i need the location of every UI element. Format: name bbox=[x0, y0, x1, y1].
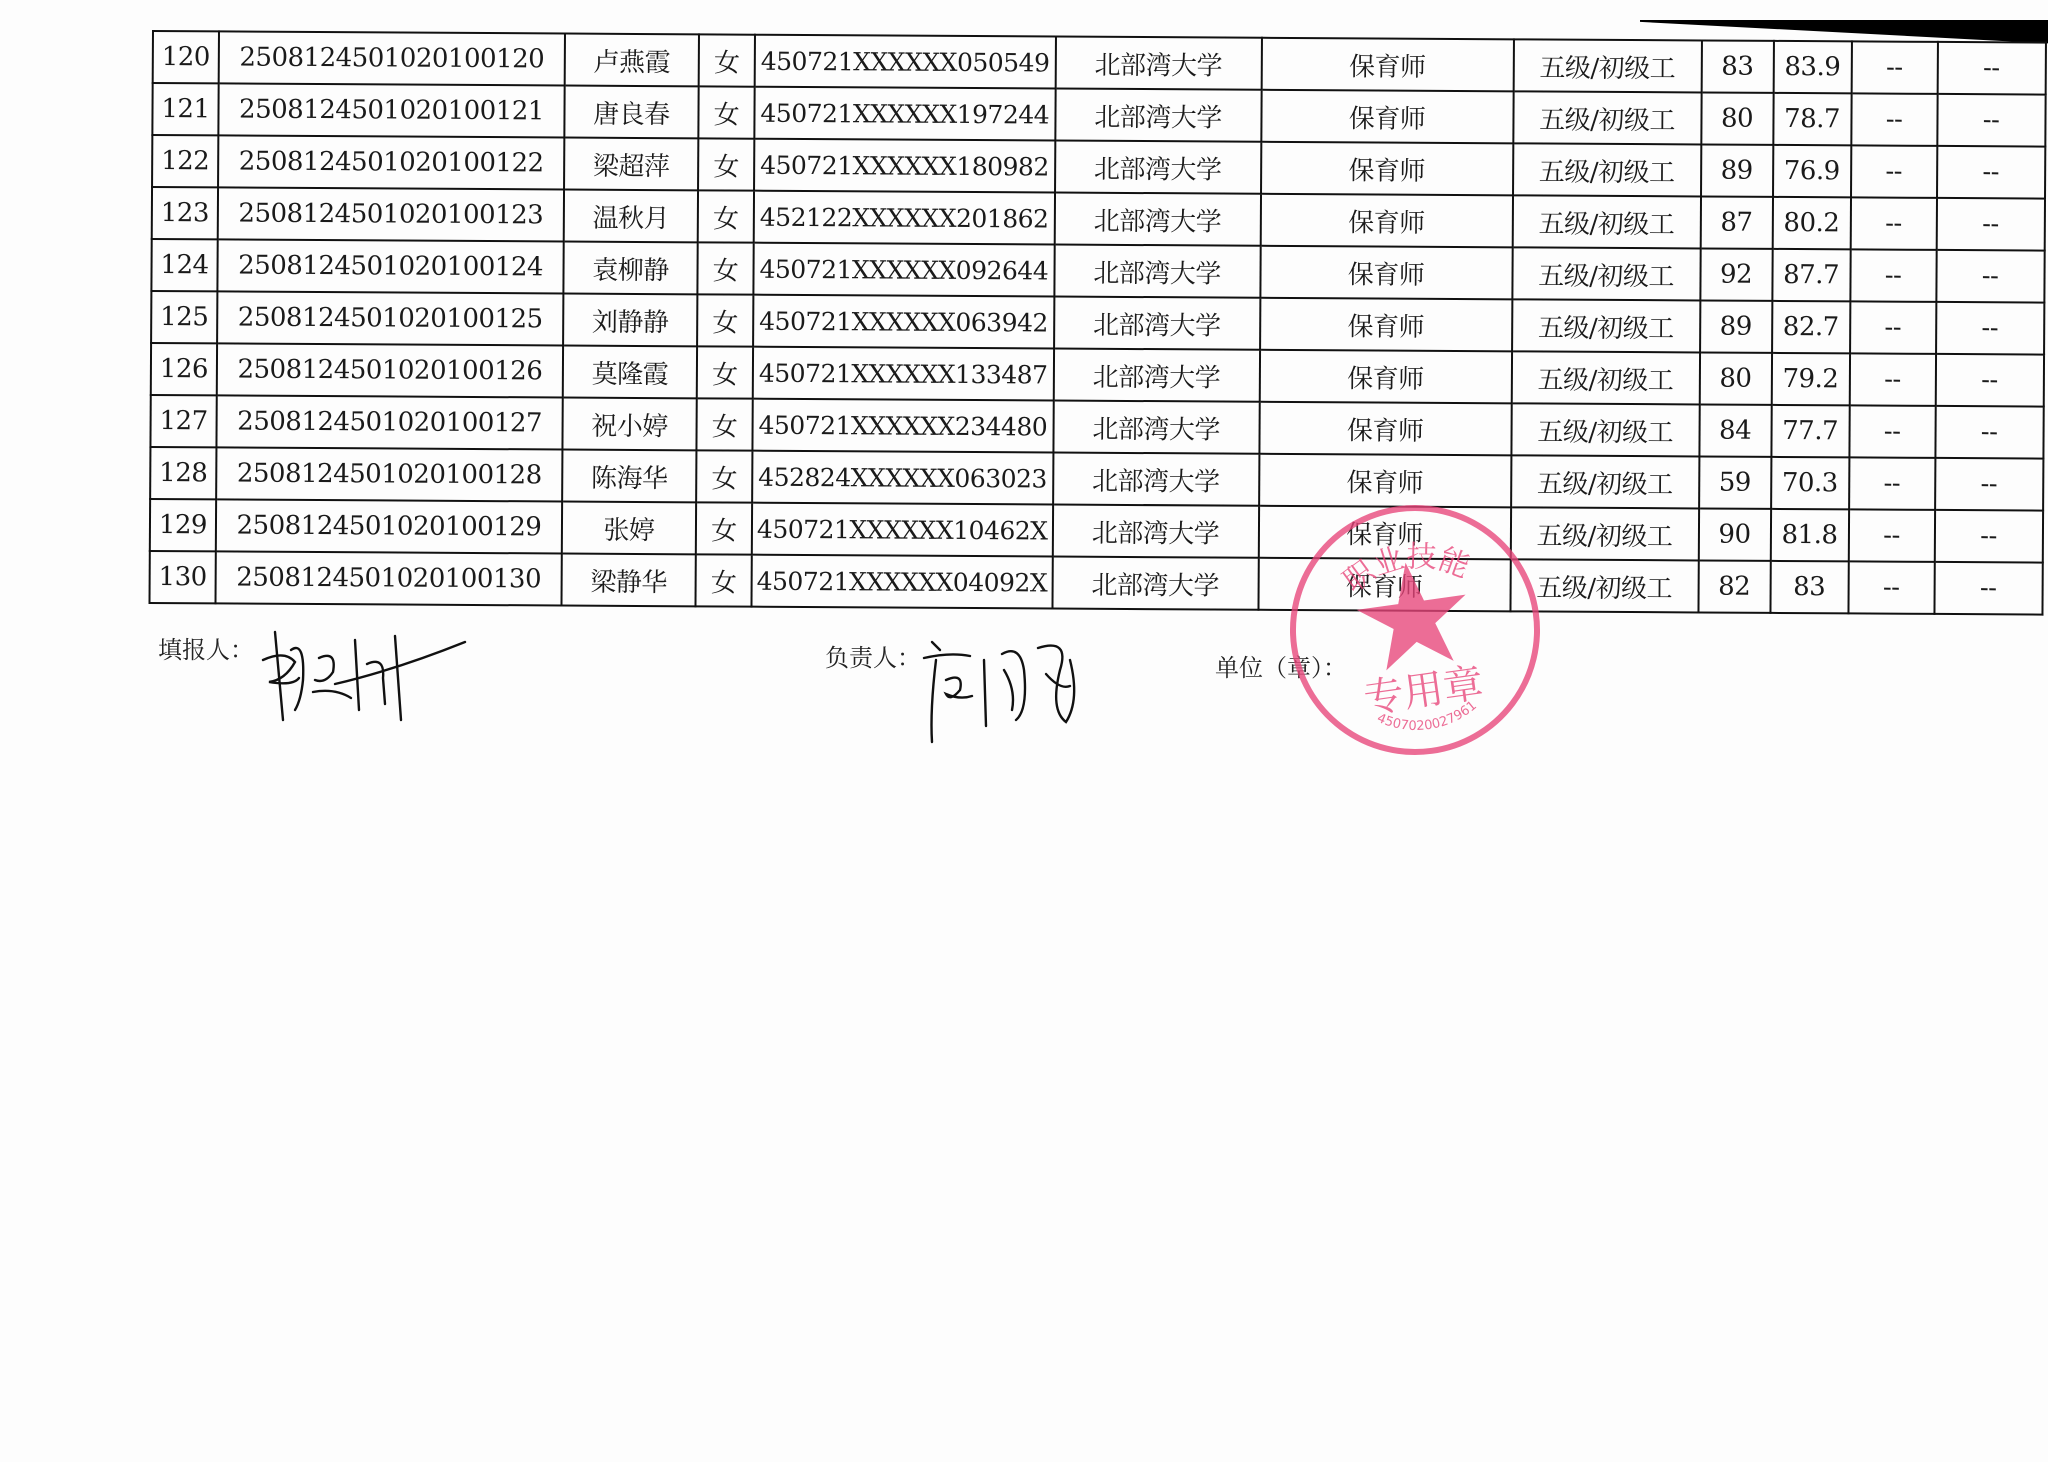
cell-cert-no: 2508124501020100129 bbox=[216, 499, 562, 553]
cell-theory-score: 89 bbox=[1700, 300, 1772, 352]
cell-seq: 121 bbox=[152, 83, 218, 135]
cell-occupation: 保育师 bbox=[1260, 194, 1512, 248]
cell-theory-score: 80 bbox=[1699, 352, 1771, 404]
cell-cert-no: 2508124501020100126 bbox=[217, 343, 563, 397]
cell-skill-score: 81.8 bbox=[1770, 509, 1848, 561]
cell-cert-no: 2508124501020100130 bbox=[215, 551, 561, 605]
cell-seq: 120 bbox=[153, 31, 219, 83]
cell-col12: -- bbox=[1936, 198, 2044, 251]
cell-skill-score: 77.7 bbox=[1771, 405, 1849, 457]
cell-id-no: 450721XXXXXX092644 bbox=[753, 243, 1054, 297]
cell-organization: 北部湾大学 bbox=[1054, 245, 1260, 298]
cell-id-no: 452824XXXXXX063023 bbox=[752, 451, 1053, 505]
cell-name: 陈海华 bbox=[562, 450, 696, 503]
cell-gender: 女 bbox=[697, 242, 753, 294]
cell-seq: 123 bbox=[152, 187, 218, 239]
cell-col12: -- bbox=[1936, 250, 2044, 303]
cell-level: 五级/初级工 bbox=[1513, 91, 1701, 144]
cell-theory-score: 92 bbox=[1700, 248, 1772, 300]
document-sheet: 120 2508124501020100120 卢燕霞 女 450721XXXX… bbox=[148, 30, 2046, 616]
cell-col12: -- bbox=[1934, 510, 2042, 563]
cell-level: 五级/初级工 bbox=[1511, 455, 1699, 508]
cell-cert-no: 2508124501020100123 bbox=[218, 187, 564, 241]
cell-seq: 125 bbox=[151, 291, 217, 343]
cell-cert-no: 2508124501020100128 bbox=[216, 447, 562, 501]
cell-gender: 女 bbox=[697, 346, 753, 398]
cell-seq: 122 bbox=[152, 135, 218, 187]
cell-name: 卢燕霞 bbox=[565, 34, 699, 87]
cell-organization: 北部湾大学 bbox=[1053, 453, 1259, 506]
cell-skill-score: 79.2 bbox=[1771, 353, 1849, 405]
cell-seq: 124 bbox=[151, 239, 217, 291]
cell-level: 五级/初级工 bbox=[1512, 247, 1700, 300]
cell-cert-no: 2508124501020100122 bbox=[218, 135, 564, 189]
cell-id-no: 450721XXXXXX10462X bbox=[752, 503, 1053, 557]
cell-col11: -- bbox=[1849, 457, 1935, 510]
cell-occupation: 保育师 bbox=[1261, 38, 1513, 92]
responsible-signature bbox=[920, 630, 1160, 750]
cell-name: 刘静静 bbox=[563, 294, 697, 347]
cell-organization: 北部湾大学 bbox=[1052, 505, 1258, 558]
cell-organization: 北部湾大学 bbox=[1054, 193, 1260, 246]
cell-level: 五级/初级工 bbox=[1510, 507, 1698, 560]
cell-cert-no: 2508124501020100127 bbox=[216, 395, 562, 449]
cell-col11: -- bbox=[1849, 405, 1935, 458]
cell-seq: 130 bbox=[149, 551, 215, 603]
cell-theory-score: 83 bbox=[1701, 40, 1773, 92]
cell-id-no: 450721XXXXXX063942 bbox=[753, 295, 1054, 349]
cell-gender: 女 bbox=[696, 398, 752, 450]
cell-col11: -- bbox=[1851, 93, 1937, 146]
cell-theory-score: 80 bbox=[1701, 92, 1773, 144]
cell-theory-score: 82 bbox=[1698, 560, 1770, 612]
cell-gender: 女 bbox=[698, 190, 754, 242]
cell-name: 祝小婷 bbox=[562, 398, 696, 451]
cell-organization: 北部湾大学 bbox=[1053, 349, 1259, 402]
cell-theory-score: 90 bbox=[1698, 508, 1770, 560]
cell-organization: 北部湾大学 bbox=[1055, 37, 1261, 90]
cell-name: 温秋月 bbox=[564, 190, 698, 243]
cell-theory-score: 84 bbox=[1699, 404, 1771, 456]
cell-level: 五级/初级工 bbox=[1512, 299, 1700, 352]
cell-col11: -- bbox=[1850, 301, 1936, 354]
candidate-roster-table: 120 2508124501020100120 卢燕霞 女 450721XXXX… bbox=[148, 30, 2046, 616]
cell-gender: 女 bbox=[697, 294, 753, 346]
cell-col12: -- bbox=[1937, 42, 2045, 95]
cell-skill-score: 78.7 bbox=[1773, 93, 1851, 145]
cell-col11: -- bbox=[1849, 353, 1935, 406]
cell-name: 莫隆霞 bbox=[563, 346, 697, 399]
cell-id-no: 450721XXXXXX04092X bbox=[751, 555, 1052, 609]
cell-organization: 北部湾大学 bbox=[1053, 401, 1259, 454]
cell-skill-score: 76.9 bbox=[1773, 145, 1851, 197]
cell-gender: 女 bbox=[696, 502, 752, 554]
cell-theory-score: 59 bbox=[1699, 456, 1771, 508]
responsible-label: 负责人： bbox=[825, 638, 921, 673]
cell-col12: -- bbox=[1936, 302, 2044, 355]
cell-level: 五级/初级工 bbox=[1513, 39, 1701, 92]
table-row: 130 2508124501020100130 梁静华 女 450721XXXX… bbox=[149, 551, 2042, 615]
cell-cert-no: 2508124501020100124 bbox=[217, 239, 563, 293]
cell-occupation: 保育师 bbox=[1261, 142, 1513, 196]
official-seal-stamp: 职业技能 专用章 4507020027961 bbox=[1268, 483, 1562, 777]
cell-level: 五级/初级工 bbox=[1512, 195, 1700, 248]
cell-id-no: 450721XXXXXX197244 bbox=[754, 87, 1055, 141]
cell-seq: 126 bbox=[151, 343, 217, 395]
cell-id-no: 452122XXXXXX201862 bbox=[754, 191, 1055, 245]
cell-gender: 女 bbox=[698, 86, 754, 138]
cell-name: 梁静华 bbox=[561, 554, 695, 607]
cell-gender: 女 bbox=[698, 138, 754, 190]
cell-cert-no: 2508124501020100125 bbox=[217, 291, 563, 345]
cell-occupation: 保育师 bbox=[1260, 246, 1512, 300]
cell-skill-score: 82.7 bbox=[1772, 301, 1850, 353]
cell-name: 梁超萍 bbox=[564, 138, 698, 191]
cell-id-no: 450721XXXXXX234480 bbox=[752, 399, 1053, 453]
cell-col12: -- bbox=[1935, 458, 2043, 511]
cell-occupation: 保育师 bbox=[1261, 90, 1513, 144]
cell-col12: -- bbox=[1935, 406, 2043, 459]
cell-col11: -- bbox=[1848, 509, 1934, 562]
cell-organization: 北部湾大学 bbox=[1054, 297, 1260, 350]
cell-organization: 北部湾大学 bbox=[1055, 89, 1261, 142]
cell-id-no: 450721XXXXXX050549 bbox=[755, 35, 1056, 89]
cell-gender: 女 bbox=[696, 450, 752, 502]
cell-id-no: 450721XXXXXX133487 bbox=[753, 347, 1054, 401]
cell-col12: -- bbox=[1934, 562, 2042, 615]
cell-level: 五级/初级工 bbox=[1511, 351, 1699, 404]
cell-name: 张婷 bbox=[562, 502, 696, 555]
cell-skill-score: 70.3 bbox=[1771, 457, 1849, 509]
cell-cert-no: 2508124501020100121 bbox=[218, 83, 564, 137]
cell-gender: 女 bbox=[695, 554, 751, 606]
cell-col12: -- bbox=[1937, 146, 2045, 199]
cell-name: 袁柳静 bbox=[563, 242, 697, 295]
cell-skill-score: 83.9 bbox=[1773, 41, 1851, 93]
cell-level: 五级/初级工 bbox=[1513, 143, 1701, 196]
cell-col12: -- bbox=[1935, 354, 2043, 407]
cell-col11: -- bbox=[1851, 41, 1937, 94]
cell-col11: -- bbox=[1850, 197, 1936, 250]
cell-seq: 129 bbox=[150, 499, 216, 551]
cell-theory-score: 87 bbox=[1700, 196, 1772, 248]
cell-name: 唐良春 bbox=[564, 86, 698, 139]
cell-seq: 128 bbox=[150, 447, 216, 499]
cell-col11: -- bbox=[1848, 561, 1934, 614]
cell-occupation: 保育师 bbox=[1259, 402, 1511, 456]
cell-col11: -- bbox=[1851, 145, 1937, 198]
cell-gender: 女 bbox=[699, 34, 755, 86]
cell-col12: -- bbox=[1937, 94, 2045, 147]
cell-skill-score: 87.7 bbox=[1772, 249, 1850, 301]
cell-occupation: 保育师 bbox=[1260, 298, 1512, 352]
cell-skill-score: 83 bbox=[1770, 561, 1848, 613]
cell-theory-score: 89 bbox=[1701, 144, 1773, 196]
cell-organization: 北部湾大学 bbox=[1055, 141, 1261, 194]
cell-col11: -- bbox=[1850, 249, 1936, 302]
filler-signature bbox=[255, 620, 485, 730]
cell-id-no: 450721XXXXXX180982 bbox=[754, 139, 1055, 193]
filled-by-label: 填报人： bbox=[158, 630, 254, 665]
cell-organization: 北部湾大学 bbox=[1052, 557, 1258, 610]
cell-level: 五级/初级工 bbox=[1511, 403, 1699, 456]
cell-skill-score: 80.2 bbox=[1772, 197, 1850, 249]
cell-occupation: 保育师 bbox=[1259, 350, 1511, 404]
cell-cert-no: 2508124501020100120 bbox=[219, 31, 565, 85]
cell-seq: 127 bbox=[150, 395, 216, 447]
